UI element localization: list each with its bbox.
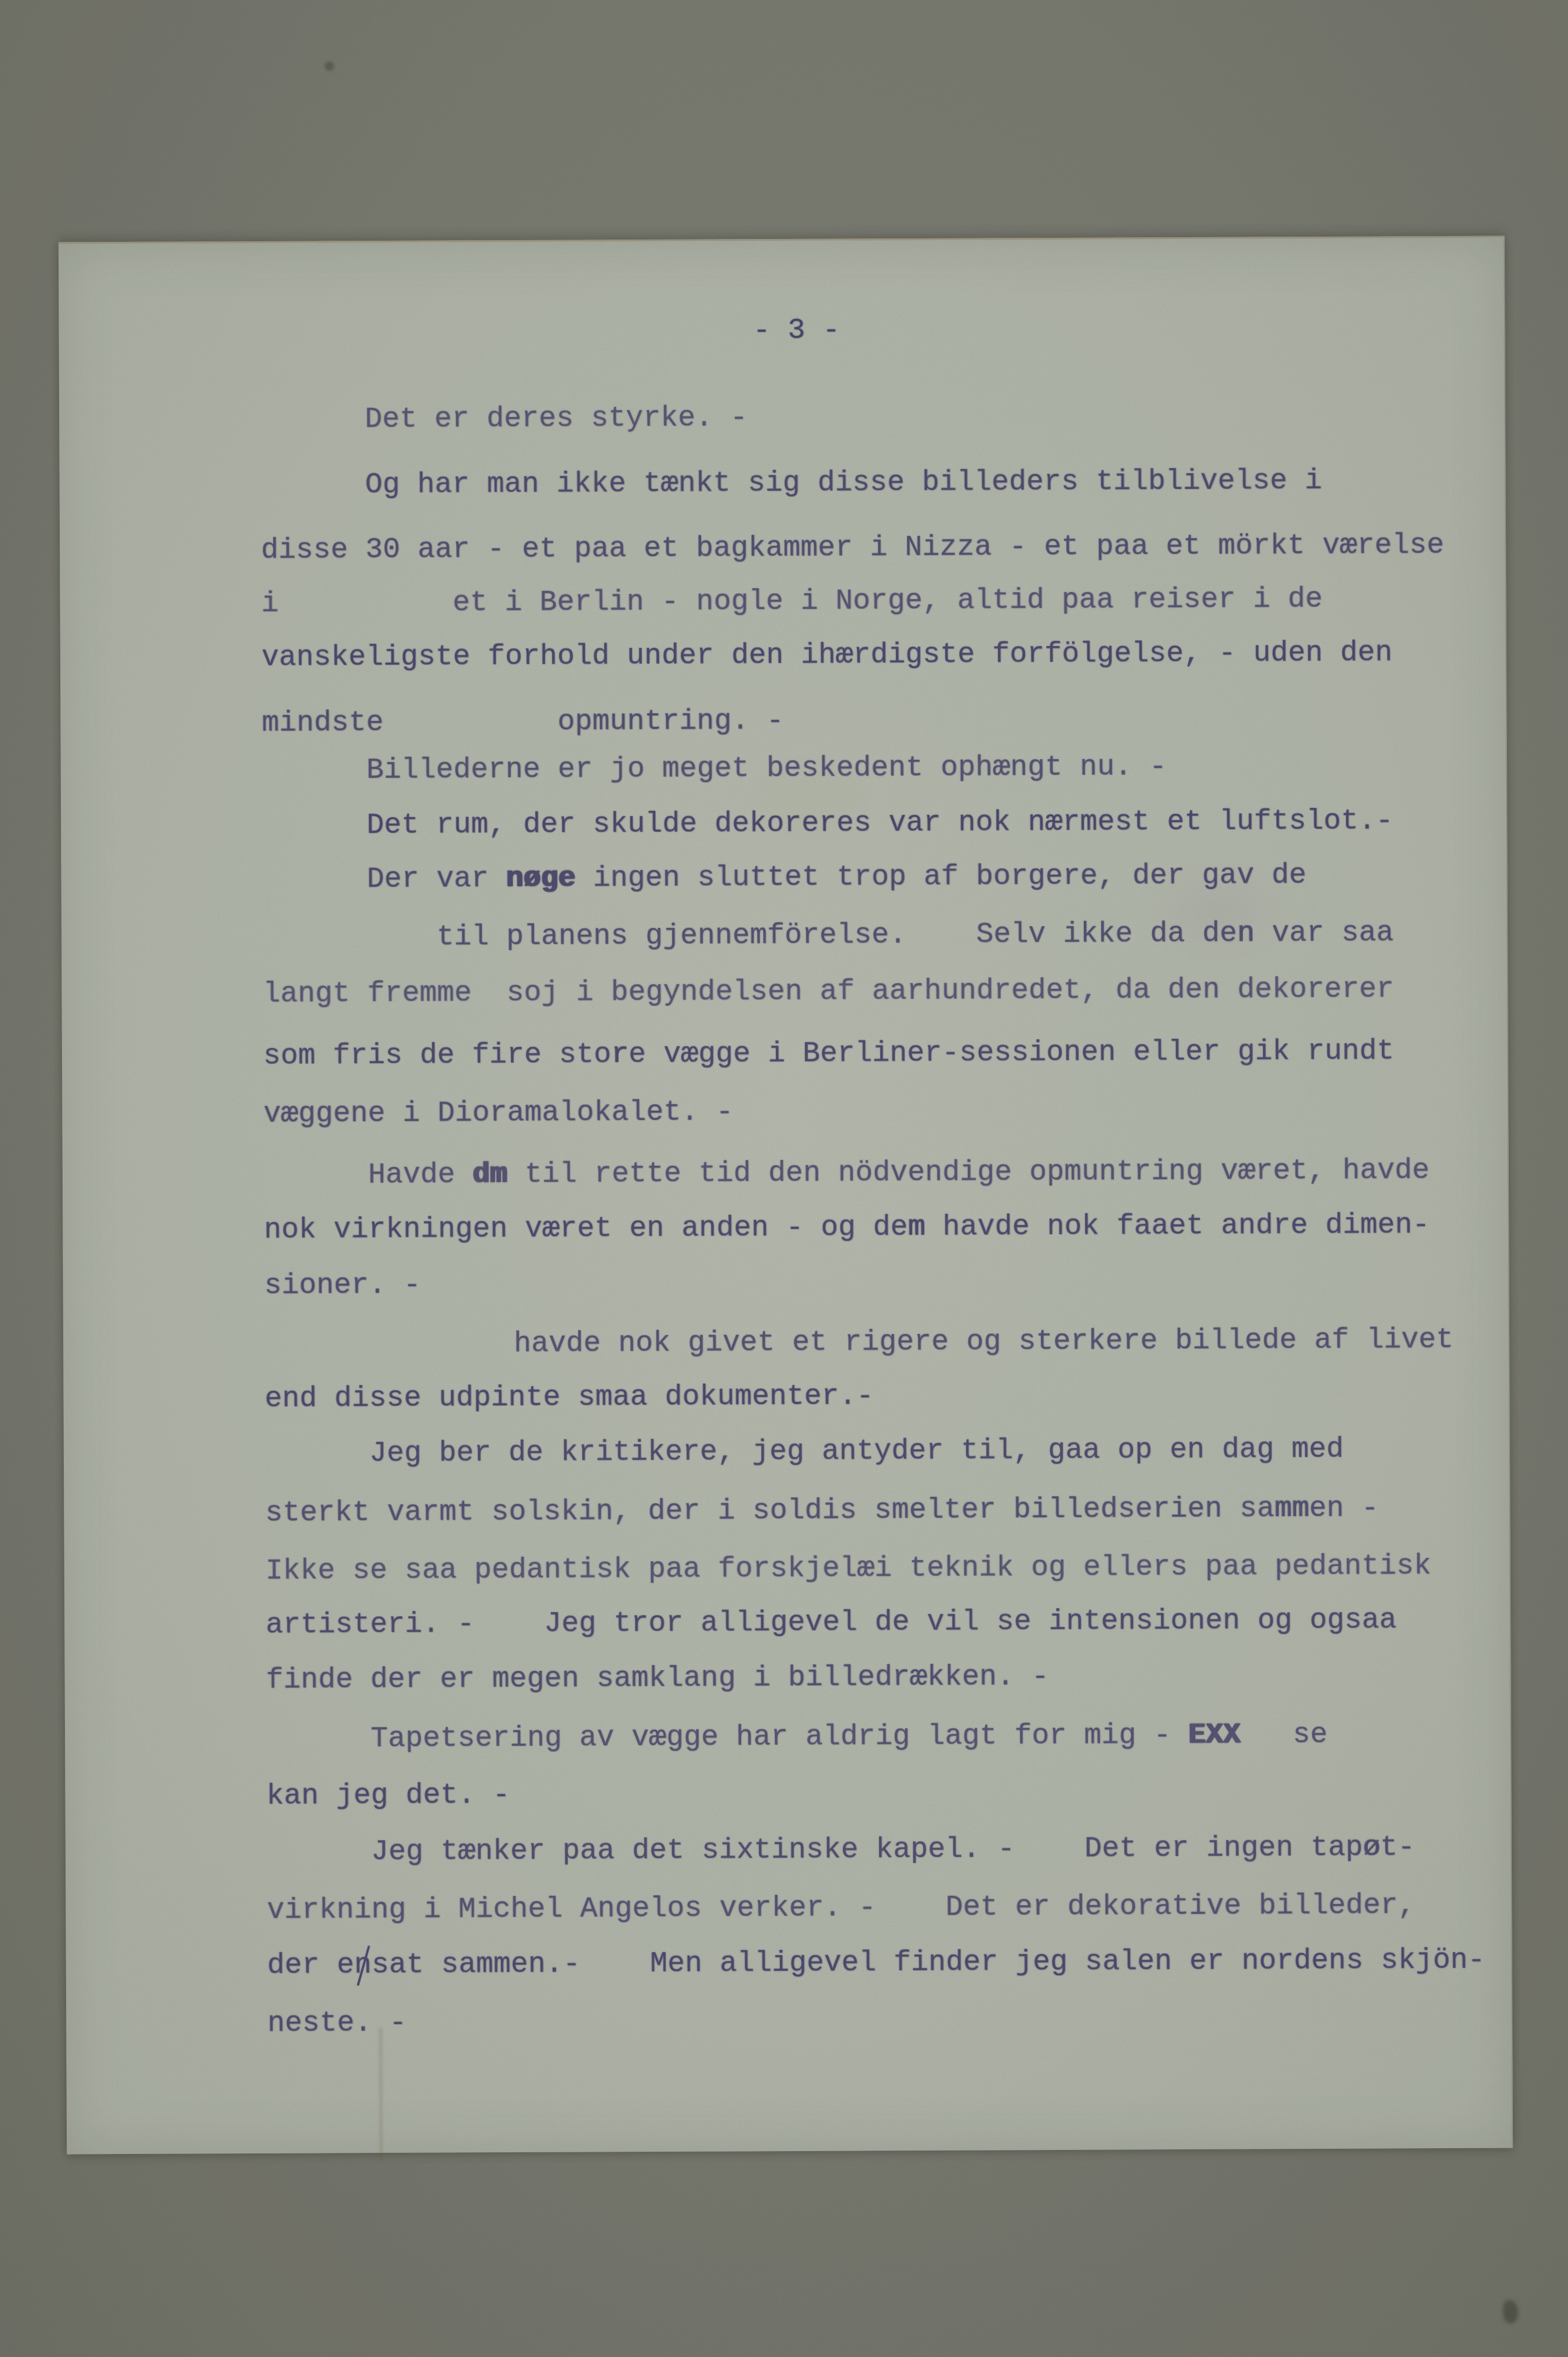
typed-segment: mm: [1275, 1492, 1309, 1525]
typed-segment: var saa: [1254, 916, 1393, 950]
paper-crease: [379, 2028, 382, 2161]
typed-line-26: Jeg tænker paa det sixtinske kapel. - De…: [371, 1831, 1415, 1869]
typed-segment: i et i Berlin - nogle i Norge, altid paa…: [261, 583, 1323, 621]
typed-segment: havde nok faaet andre dimen-: [925, 1209, 1429, 1244]
typed-segment: nøge: [506, 862, 576, 896]
typed-segment: Tapetsering av vægge har aldrig lagt for…: [371, 1719, 1188, 1756]
typed-segment: n: [354, 1949, 372, 1982]
typed-line-14: Havde dm til rette tid den nödvendige op…: [368, 1154, 1430, 1192]
typed-segment: sioner. -: [264, 1269, 421, 1303]
typed-segment: n: [1237, 917, 1254, 950]
typed-line-27: virkning i Michel Angelos verker. - Det …: [267, 1889, 1415, 1928]
typed-line-1: Det er deres styrke. -: [365, 401, 747, 437]
typed-line-18: end disse udpinte smaa dokumenter.-: [264, 1380, 873, 1416]
typed-text-block: Det er deres styrke. -Og har man ikke tæ…: [59, 238, 1504, 244]
typed-line-5: vanskeligste forhold under den ihærdigst…: [262, 636, 1393, 675]
typed-line-9: Der var nøge ingen sluttet trop af borge…: [366, 859, 1306, 897]
typed-segment: ingen sluttet trop af borgere, der gav d…: [576, 859, 1306, 895]
typed-segment: se: [1240, 1718, 1327, 1752]
typed-segment: sterkt varmt solskin, der i soldis smelt…: [265, 1492, 1275, 1530]
typed-line-15: nok virkningen været en anden - og dem h…: [264, 1209, 1430, 1248]
page-number: - 3 -: [753, 314, 840, 349]
typed-segment: dm: [473, 1158, 507, 1191]
typed-segment: Jeg ber de kritikere, jeg antyder til, g…: [369, 1433, 1344, 1470]
typed-segment: mindste opmuntring. -: [262, 705, 783, 740]
typed-segment: Og har man ikke tænkt sig disse billeder…: [365, 465, 1323, 502]
typed-line-3: disse 30 aar - et paa et bagkammer i Niz…: [261, 529, 1444, 568]
typed-line-16: sioner. -: [264, 1269, 421, 1303]
typed-line-2: Og har man ikke tænkt sig disse billeder…: [365, 465, 1323, 502]
background-speck: [1503, 2300, 1518, 2323]
typed-segment: virkning i Michel Angelos verker. - Det …: [267, 1889, 1415, 1927]
typed-segment: e vægge i Berliner-sessionen eller gik r…: [629, 1035, 1394, 1071]
typed-line-13: væggene i Dioramalokalet. -: [263, 1096, 733, 1132]
typed-segment: t-: [1380, 1831, 1415, 1864]
typed-line-6: mindste opmuntring. -: [262, 705, 783, 741]
typed-segment: nok virkningen været en anden - og de: [264, 1211, 908, 1247]
typed-segment: havde nok givet et rigere og sterkere bi…: [514, 1323, 1453, 1361]
typed-segment: som fris de fire sto: [263, 1038, 611, 1073]
typed-segment: kan jeg det. -: [266, 1779, 510, 1813]
typed-segment: neste. -: [267, 2007, 406, 2040]
typed-line-4: i et i Berlin - nogle i Norge, altid paa…: [261, 583, 1323, 621]
typed-segment: artisteri. - Jeg tror alligevel de vil s…: [266, 1604, 1397, 1642]
typed-segment: der e: [267, 1949, 354, 1982]
typed-line-29: neste. -: [267, 2007, 406, 2041]
typed-segment: en -: [1309, 1492, 1379, 1526]
typed-line-23: finde der er megen samklang i billedrækk…: [266, 1660, 1049, 1698]
typed-segment: end disse udpinte smaa dokumenter.-: [264, 1380, 873, 1416]
typed-segment: til rette tid den nödvendige opmuntring …: [507, 1154, 1429, 1191]
typed-segment: Det er deres styrke. -: [365, 401, 747, 436]
typed-line-20: sterkt varmt solskin, der i soldis smelt…: [265, 1492, 1379, 1531]
typed-segment: Billederne er jo meget beskedent ophængt…: [366, 750, 1167, 787]
typed-line-8: Det rum, der skulde dekoreres var nok næ…: [366, 804, 1393, 843]
typed-segment: finde der er megen samklang i billedrækk…: [266, 1660, 1049, 1697]
typed-line-19: Jeg ber de kritikere, jeg antyder til, g…: [369, 1433, 1344, 1471]
typed-line-25: kan jeg det. -: [266, 1779, 510, 1814]
typed-segment: væggene i Dioramalokalet. -: [263, 1096, 733, 1131]
typed-segment: r: [611, 1038, 629, 1071]
typed-segment: EXX: [1188, 1719, 1240, 1752]
typed-line-24: Tapetsering av vægge har aldrig lagt for…: [371, 1718, 1328, 1756]
typed-line-28: der ensat sammen.- Men alligevel finder …: [267, 1944, 1486, 1983]
typed-line-12: som fris de fire store vægge i Berliner-…: [263, 1035, 1395, 1074]
typed-line-11: langt fremme soj i begyndelsen af aarhun…: [263, 973, 1394, 1011]
typed-line-22: artisteri. - Jeg tror alligevel de vil s…: [266, 1604, 1397, 1642]
typed-segment: vanskeligste forhold under den ihærdigst…: [262, 636, 1393, 675]
typed-line-21: Ikke se saa pedantisk paa forskjelæi tek…: [266, 1550, 1432, 1589]
scanned-page: - 3 - Det er deres styrke. -Og har man i…: [59, 236, 1513, 2155]
typed-segment: m: [908, 1211, 925, 1244]
typed-line-10: til planens gjennemförelse. Selv ikke da…: [437, 916, 1394, 954]
typed-line-17: havde nok givet et rigere og sterkere bi…: [514, 1323, 1454, 1361]
typed-line-7: Billederne er jo meget beskedent ophængt…: [366, 750, 1167, 788]
typed-segment: Jeg tænker paa det sixtinske kapel. - De…: [371, 1832, 1363, 1869]
background-speck: [325, 61, 334, 71]
scan-background: - 3 - Det er deres styrke. -Og har man i…: [0, 0, 1568, 2357]
typed-segment: Det rum, der skulde dekoreres var nok næ…: [366, 804, 1393, 842]
typed-segment: Havde: [368, 1158, 473, 1192]
typed-segment: langt fremme soj i begyndelsen af aarhun…: [263, 973, 1394, 1011]
typed-segment: disse 30 aar - et paa et bagkammer i Niz…: [261, 529, 1444, 567]
typed-segment: Ikke se saa pedantisk paa forskjelæi tek…: [266, 1550, 1432, 1588]
typed-segment: ø: [1363, 1832, 1380, 1865]
typed-segment: sat sammen.- Men alligevel finder jeg sa…: [372, 1944, 1486, 1982]
typed-segment: til planens gjennemförelse. Selv ikke da…: [437, 918, 1237, 954]
typed-segment: Der var: [366, 862, 506, 896]
